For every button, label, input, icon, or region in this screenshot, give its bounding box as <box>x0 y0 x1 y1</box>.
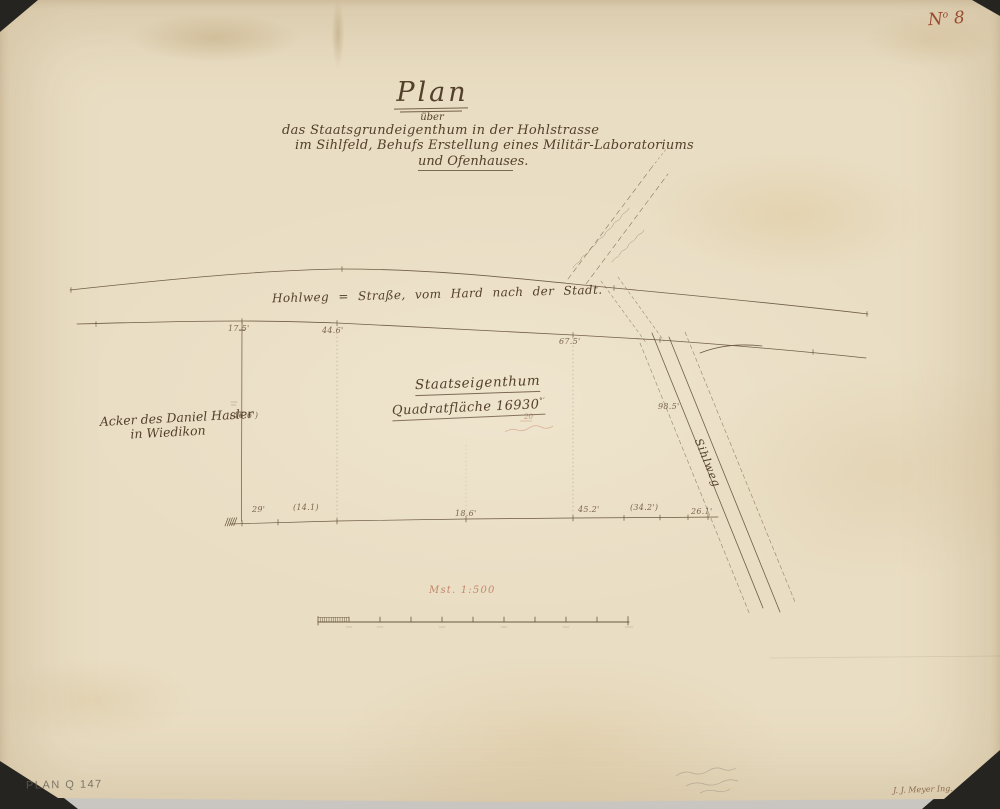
measurement-bottom-3: 18.6' <box>455 510 477 519</box>
road-tick-marks <box>71 267 867 355</box>
measurement-bottom-2: (14.1) <box>293 504 319 513</box>
illegible-pencil-note <box>676 768 738 793</box>
scale-bar <box>318 617 633 628</box>
red-note: 20 <box>524 414 533 422</box>
title-sub: über <box>400 112 464 123</box>
measurement-bottom-5: (34.2') <box>630 504 658 513</box>
archive-number-sup: o <box>942 9 948 20</box>
archive-number-letter: N <box>927 9 943 30</box>
measurement-left: (46.6') <box>230 412 258 421</box>
measurement-bottom-1: 29' <box>252 506 265 515</box>
title-line-3: und Ofenhauses. <box>418 155 513 171</box>
archive-stamp: PLAN Q 147 <box>26 778 103 791</box>
plan-title: Plan <box>390 78 475 108</box>
title-line-1: das Staatsgrundeigenthum in der Hohlstra… <box>282 124 572 138</box>
scanned-plan-sheet: No 8 Plan über das Staatsgrundeigenthum … <box>0 0 1000 809</box>
red-check-scribble <box>505 421 553 432</box>
upper-dashed-path <box>568 148 668 344</box>
measurement-bottom-4: 45.2' <box>578 506 600 515</box>
fold-line <box>770 656 1000 658</box>
scale-label: Mst. 1:500 <box>429 585 496 596</box>
interior-dotted-lines <box>337 325 573 519</box>
main-road-lines <box>70 269 868 358</box>
archive-number: No 8 <box>927 9 965 30</box>
measurement-right: 98.5' <box>658 403 680 412</box>
measurement-top-2: 44.6' <box>322 327 344 336</box>
parcel-area-sup: °′ <box>539 396 545 405</box>
measurement-bottom-6: 26.1' <box>691 508 713 517</box>
measurement-top-1: 17.5' <box>228 325 250 334</box>
illegible-road-label <box>573 208 644 268</box>
measurement-top-3: 67.5' <box>559 338 581 347</box>
title-line-2: im Sihlfeld, Behufs Erstellung eines Mil… <box>295 139 635 153</box>
archive-number-value: 8 <box>953 8 965 29</box>
